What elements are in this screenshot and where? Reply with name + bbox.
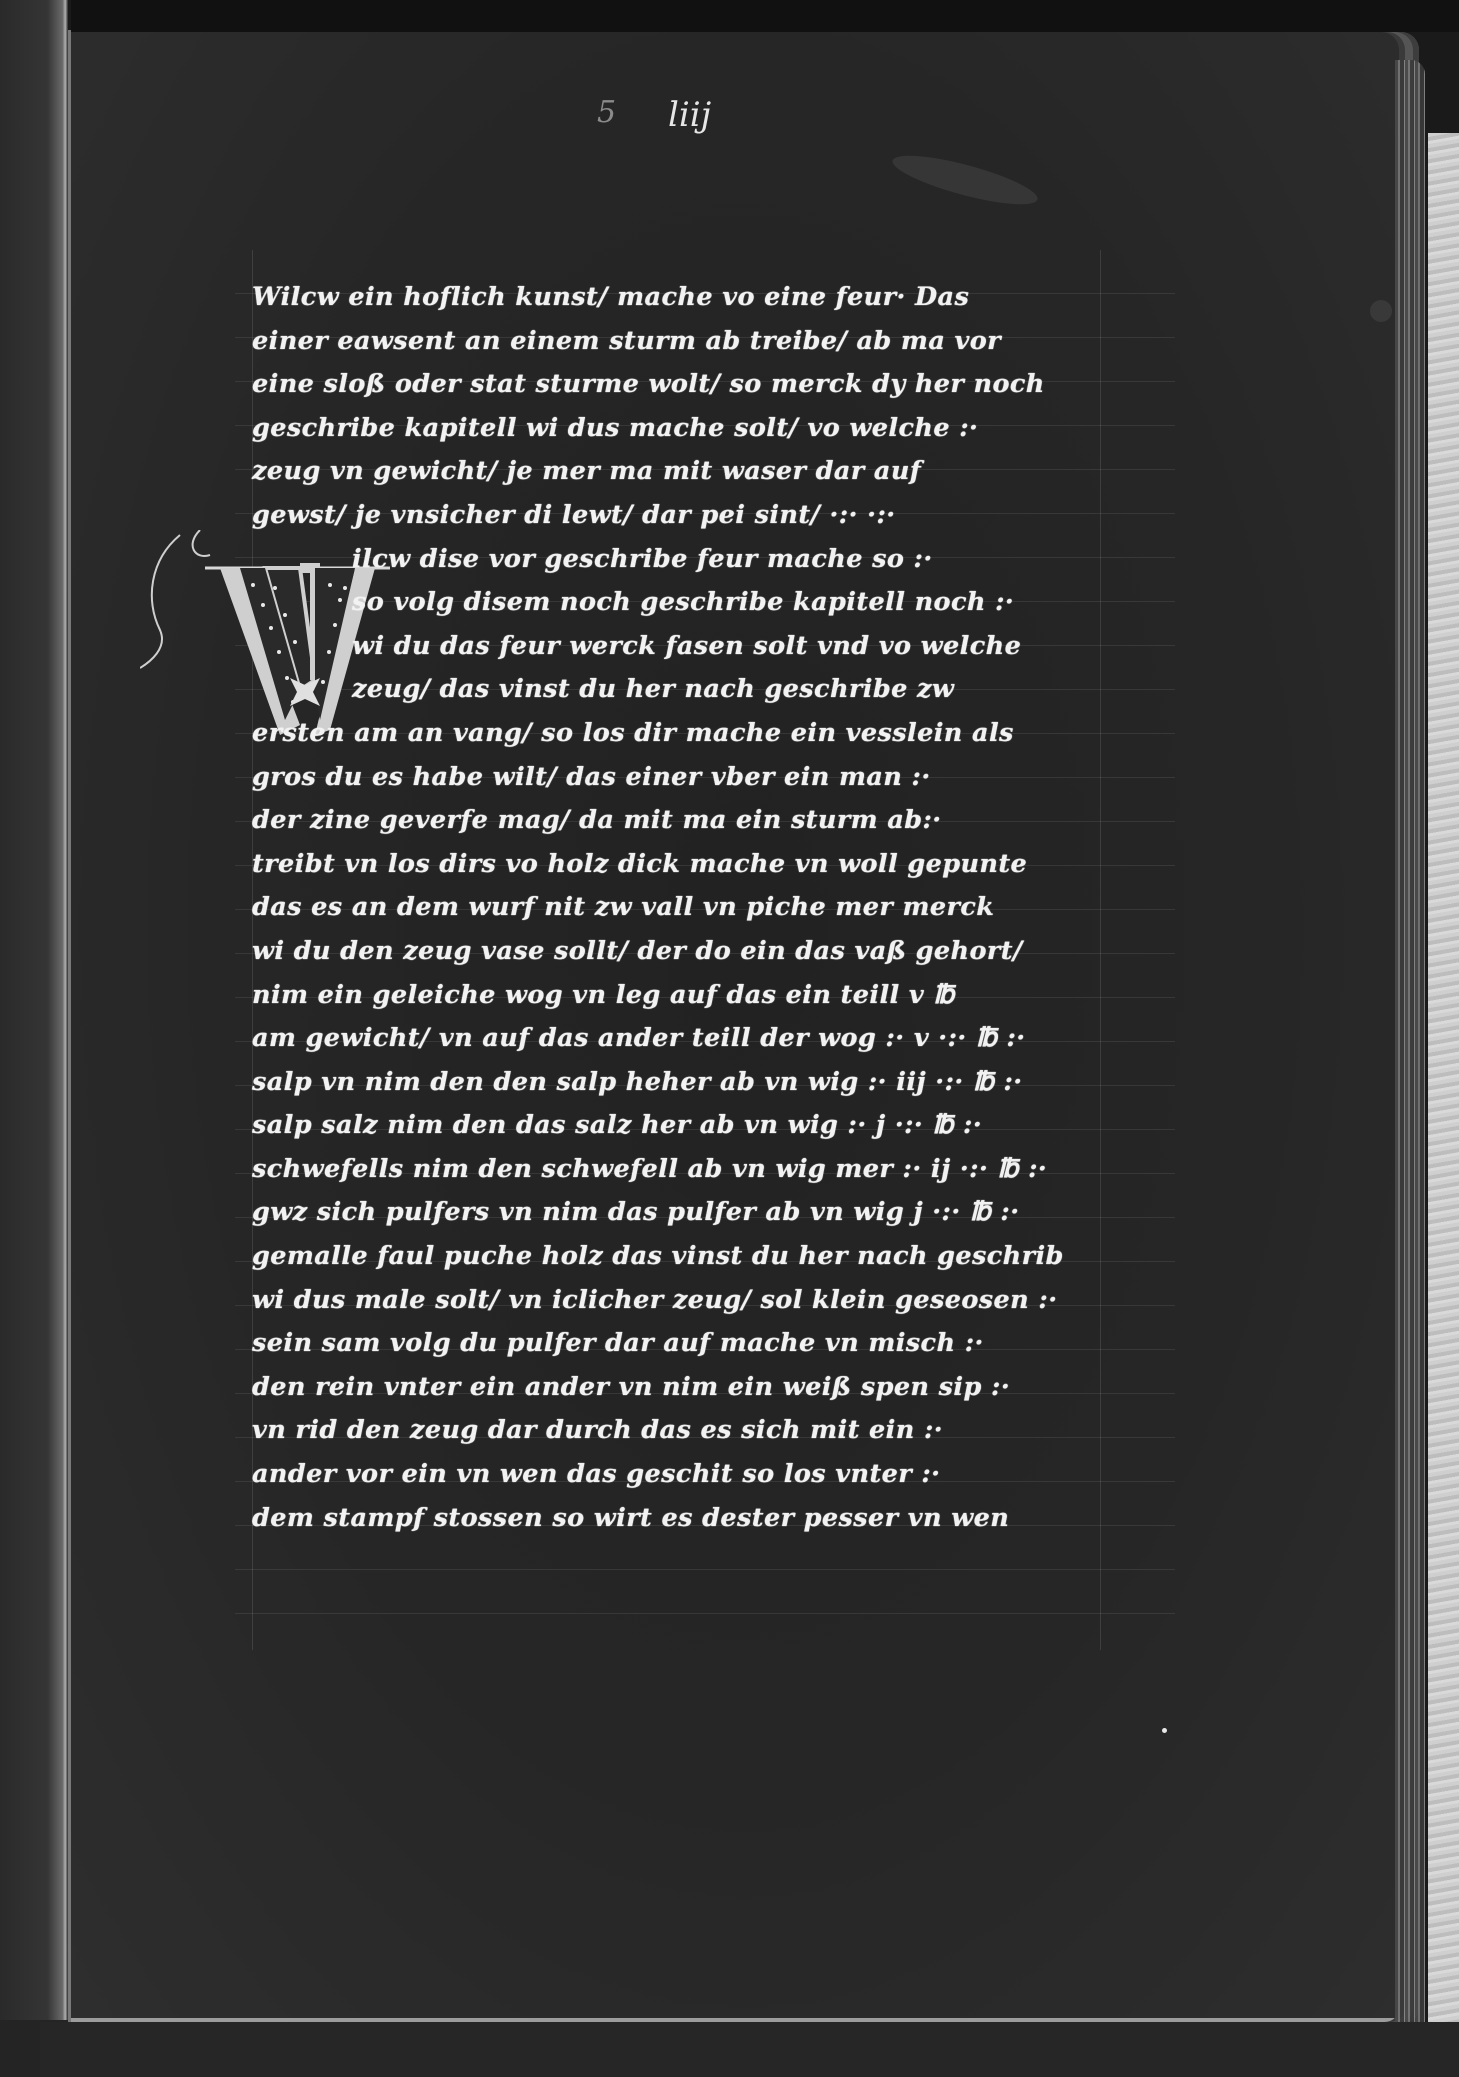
- text-line: Wilcw ein hoflich kunst/ mache vo eine f…: [252, 276, 1172, 320]
- text-line: treibt vn los dirs vo holz dick mache vn…: [252, 843, 1172, 887]
- page-stain: [1370, 300, 1392, 322]
- folio-faint-mark: 5: [597, 95, 616, 130]
- manuscript-text-block: Wilcw ein hoflich kunst/ mache vo eine f…: [252, 276, 1172, 1540]
- text-line: zeug/ das vinst du her nach geschribe zw: [252, 668, 1172, 712]
- text-line: das es an dem wurf nit zw vall vn piche …: [252, 886, 1172, 930]
- text-line: wi dus male solt/ vn iclicher zeug/ sol …: [252, 1279, 1172, 1323]
- facing-left-page-edge: [0, 0, 68, 2077]
- text-line: ilcw dise vor geschribe feur mache so :·: [252, 538, 1172, 582]
- text-line: dem stampf stossen so wirt es dester pes…: [252, 1497, 1172, 1541]
- text-line: wi du den zeug vase sollt/ der do ein da…: [252, 930, 1172, 974]
- text-line: geschribe kapitell wi dus mache solt/ vo…: [252, 407, 1172, 451]
- text-line: vn rid den zeug dar durch das es sich mi…: [252, 1409, 1172, 1453]
- text-line: schwefells nim den schwefell ab vn wig m…: [252, 1148, 1172, 1192]
- text-line: eine sloß oder stat sturme wolt/ so merc…: [252, 363, 1172, 407]
- text-line: gros du es habe wilt/ das einer vber ein…: [252, 756, 1172, 800]
- page-stack-edges: [1395, 60, 1425, 2040]
- text-line: den rein vnter ein ander vn nim ein weiß…: [252, 1366, 1172, 1410]
- text-line: nim ein geleiche wog vn leg auf das ein …: [252, 974, 1172, 1018]
- scan-top-background: [71, 0, 1459, 32]
- text-line: gewst/ je vnsicher di lewt/ dar pei sint…: [252, 494, 1172, 538]
- text-line: einer eawsent an einem sturm ab treibe/ …: [252, 320, 1172, 364]
- scan-bottom-background: [40, 2022, 1459, 2077]
- text-line: der zine geverfe mag/ da mit ma ein stur…: [252, 799, 1172, 843]
- text-line: zeug vn gewicht/ je mer ma mit waser dar…: [252, 450, 1172, 494]
- text-line: ander vor ein vn wen das geschit so los …: [252, 1453, 1172, 1497]
- text-line: gwz sich pulfers vn nim das pulfer ab vn…: [252, 1191, 1172, 1235]
- text-line: salp vn nim den den salp heher ab vn wig…: [252, 1061, 1172, 1105]
- text-line: so volg disem noch geschribe kapitell no…: [252, 581, 1172, 625]
- folio-number: liij: [668, 95, 711, 135]
- text-line: salp salz nim den das salz her ab vn wig…: [252, 1104, 1172, 1148]
- book-cover-fabric: [1428, 133, 1459, 2077]
- text-line: ersten am an vang/ so los dir mache ein …: [252, 712, 1172, 756]
- speck: [1162, 1728, 1167, 1733]
- text-line: wi du das feur werck fasen solt vnd vo w…: [252, 625, 1172, 669]
- text-line: am gewicht/ vn auf das ander teill der w…: [252, 1017, 1172, 1061]
- text-line: gemalle faul puche holz das vinst du her…: [252, 1235, 1172, 1279]
- text-line: sein sam volg du pulfer dar auf mache vn…: [252, 1322, 1172, 1366]
